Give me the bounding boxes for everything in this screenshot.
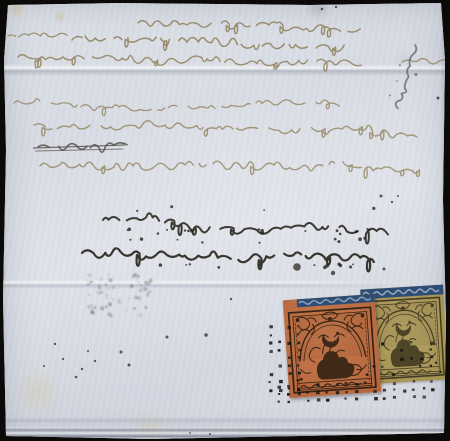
stain-5	[132, 412, 168, 441]
handwriting-crossed-out-word	[33, 143, 127, 152]
handwriting-docket-line-6	[40, 161, 420, 178]
handwriting-docket-line-3	[18, 55, 361, 71]
stain-2	[53, 10, 67, 24]
fold-crease-upper	[0, 64, 450, 76]
bottom-flap-edge	[0, 427, 450, 438]
photo-background	[0, 0, 450, 441]
stain-6	[394, 50, 414, 70]
orange-stamp-engraving	[283, 294, 382, 398]
handwriting-docket-line-5	[34, 121, 417, 140]
handwriting-docket-line-2	[72, 36, 355, 55]
stain-3	[304, 0, 332, 22]
stain-4	[12, 366, 64, 418]
handwriting-docket-line-4	[14, 99, 339, 116]
handwriting-docket-line-2-left	[8, 33, 67, 37]
handwriting-docket-line-1	[138, 21, 360, 37]
handwriting-arabic-line-2	[82, 237, 374, 272]
stain-1	[6, 0, 26, 19]
smudged-dotted-postmark	[86, 273, 152, 318]
left-edge-shadow	[0, 0, 7, 441]
handwriting-arabic-line-1	[103, 205, 388, 243]
handwriting-diagonal-side-note	[386, 42, 424, 111]
handwriting-docket-line-3-end	[402, 59, 450, 64]
letter-sheet	[0, 0, 450, 441]
orange-tughra-stamp	[283, 294, 382, 398]
fold-crease-lower	[0, 417, 450, 424]
